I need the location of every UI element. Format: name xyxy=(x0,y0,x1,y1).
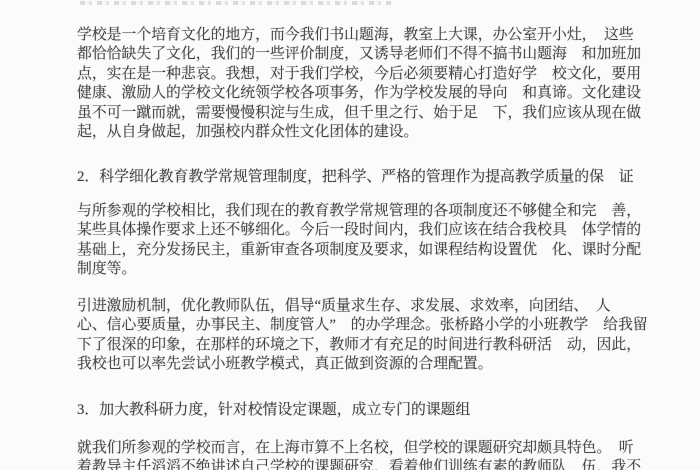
heading-text-line: 2．科学细化教育教学常规管理制度，把科学、严格的管理作为提高教学质量的保 证 xyxy=(77,168,647,187)
text-line: 制度等。 xyxy=(77,260,647,279)
text-line: 下了很深的印象，在那样的环境之下，教师才有充足的时间进行教科研活 动，因此， xyxy=(77,336,647,355)
text-line: 健康、激励人的学校文化统领学校各项事务，作为学校发展的导向 和真谛。文化建设 xyxy=(77,84,647,103)
heading-text-line: 3．加大教科研力度，针对校情设定课题，成立专门的课题组 xyxy=(77,401,647,420)
text-line: 我校也可以率先尝试小班教学模式，真正做到资源的合理配置。 xyxy=(77,355,647,374)
clipped-text-line-top xyxy=(80,1,392,5)
text-line: 点，实在是一种悲哀。我想，对于我们学校，今后必须要精心打造好学 校文化，要用 xyxy=(77,65,647,84)
paragraph-incentive-mechanism: 引进激励机制，优化教师队伍，倡导“质量求生存、求发展、求效率，向团结、 人 心、… xyxy=(77,297,647,375)
heading-item-2: 2．科学细化教育教学常规管理制度，把科学、严格的管理作为提高教学质量的保 证 xyxy=(77,168,647,187)
text-line: 引进激励机制，优化教师队伍，倡导“质量求生存、求发展、求效率，向团结、 人 xyxy=(77,297,647,316)
text-line: 与所参观的学校相比，我们现在的教育教学常规管理的各项制度还不够健全和完 善， xyxy=(77,202,647,221)
paragraph-research-topics: 就我们所参观的学校而言，在上海市算不上名校，但学校的课题研究却颇具特色。 听 着… xyxy=(77,439,647,470)
text-line: 学校是一个培育文化的地方，而今我们书山题海，教室上大课，办公室开小灶， 这些 xyxy=(77,26,647,45)
text-line: 就我们所参观的学校而言，在上海市算不上名校，但学校的课题研究却颇具特色。 听 xyxy=(77,439,647,458)
text-line: 某些具体操作要求上还不够细化。今后一段时间内，我们应该在结合我校具 体学情的 xyxy=(77,221,647,240)
text-line: 心、信心要质量，办事民主、制度管人” 的办学理念。张桥路小学的小班教学 给我留 xyxy=(77,316,647,335)
text-line: 都恰恰缺失了文化，我们的一些评价制度，又诱导老师们不得不搞书山题海 和加班加 xyxy=(77,45,647,64)
text-line: 着教导主任滔滔不绝讲述自己学校的课题研究，看着他们训练有素的教师队 伍，我不 xyxy=(77,458,647,470)
text-line: 起，从自身做起，加强校内群众性文化团体的建设。 xyxy=(77,123,647,142)
text-line: 基础上，充分发扬民主，重新审查各项制度及要求，如课程结构设置优 化、课时分配 xyxy=(77,241,647,260)
document-page: 学校是一个培育文化的地方，而今我们书山题海，教室上大课，办公室开小灶， 这些 都… xyxy=(0,0,700,470)
text-line: 虽不可一蹴而就，需要慢慢积淀与生成，但千里之行、始于足 下，我们应该从现在做 xyxy=(77,104,647,123)
paragraph-school-culture: 学校是一个培育文化的地方，而今我们书山题海，教室上大课，办公室开小灶， 这些 都… xyxy=(77,26,647,142)
paragraph-management-system: 与所参观的学校相比，我们现在的教育教学常规管理的各项制度还不够健全和完 善， 某… xyxy=(77,202,647,280)
heading-item-3: 3．加大教科研力度，针对校情设定课题，成立专门的课题组 xyxy=(77,401,647,420)
